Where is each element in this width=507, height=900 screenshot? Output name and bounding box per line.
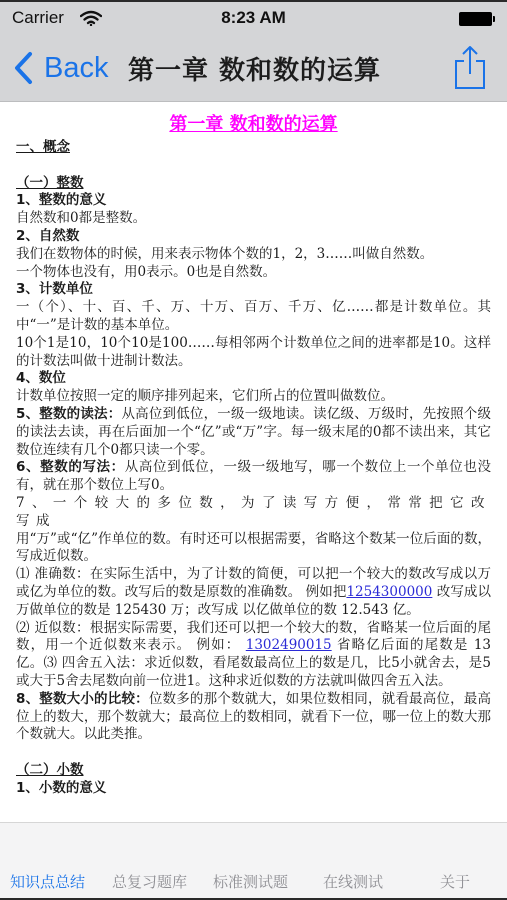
tab-knowledge-summary[interactable]: 知识点总结 bbox=[10, 871, 85, 892]
document-content[interactable]: 第一章 数和数的运算 一、概念 （一）整数 1、整数的意义 自然数和0都是整数。… bbox=[0, 103, 507, 822]
document-title: 第一章 数和数的运算 bbox=[16, 113, 491, 137]
paragraph: 一（个）、十、百、千、万、十万、百万、千万、亿……都是计数单位。其中“一”是计数… bbox=[16, 299, 491, 335]
blank-line bbox=[16, 744, 491, 762]
subsection-heading: （二）小数 bbox=[16, 762, 491, 780]
status-bar: Carrier 8:23 AM bbox=[0, 2, 507, 34]
paragraph: 自然数和0都是整数。 bbox=[16, 210, 491, 228]
share-icon[interactable] bbox=[453, 44, 487, 90]
number-link[interactable]: 1302490015 bbox=[246, 637, 332, 653]
tab-review-question-bank[interactable]: 总复习题库 bbox=[112, 871, 187, 892]
item-label: 8、整数大小的比较： bbox=[16, 691, 149, 707]
battery-full-icon bbox=[459, 12, 495, 26]
paragraph: 8、整数大小的比较：位数多的那个数就大，如果位数相同，就看最高位，最高位上的数大… bbox=[16, 691, 491, 744]
paragraph: 5、整数的读法：从高位到低位，一级一级地读。读亿级、万级时，先按照个级的读法去读… bbox=[16, 406, 491, 459]
navigation-bar: Back 第一章 数和数的运算 bbox=[0, 34, 507, 102]
chevron-left-icon bbox=[12, 51, 34, 85]
tab-standard-tests[interactable]: 标准测试题 bbox=[213, 871, 288, 892]
tab-online-test[interactable]: 在线测试 bbox=[323, 871, 383, 892]
paragraph: 一个物体也没有，用0表示。0也是自然数。 bbox=[16, 264, 491, 282]
paragraph: 用“万”或“亿”作单位的数。有时还可以根据需要，省略这个数某一位后面的数，写成近… bbox=[16, 531, 491, 567]
tab-about[interactable]: 关于 bbox=[440, 871, 470, 892]
clock: 8:23 AM bbox=[0, 8, 507, 28]
subsection-heading: （一）整数 bbox=[16, 175, 491, 193]
paragraph: ⑵ 近似数：根据实际需要，我们还可以把一个较大的数，省略某一位后面的尾数，用一个… bbox=[16, 620, 491, 691]
section-heading: 一、概念 bbox=[16, 139, 491, 157]
page-title: 第一章 数和数的运算 bbox=[128, 50, 381, 87]
item-heading: 1、整数的意义 bbox=[16, 192, 491, 210]
number-link[interactable]: 1254300000 bbox=[346, 584, 432, 600]
paragraph: 计数单位按照一定的顺序排列起来，它们所占的位置叫做数位。 bbox=[16, 388, 491, 406]
back-label: Back bbox=[44, 52, 108, 85]
blank-line bbox=[16, 157, 491, 175]
item-label: 6、整数的写法： bbox=[16, 459, 125, 475]
paragraph: 6、整数的写法：从高位到低位，一级一级地写，哪一个数位上一个单位也没有，就在那个… bbox=[16, 459, 491, 495]
paragraph: 10个1是10，10个10是100……每相邻两个计数单位之间的进率都是10。这样… bbox=[16, 335, 491, 371]
item-heading: 2、自然数 bbox=[16, 228, 491, 246]
item-heading: 1、小数的意义 bbox=[16, 780, 491, 798]
item-heading: 4、数位 bbox=[16, 370, 491, 388]
paragraph-spaced: 7、一个较大的多位数，为了读写方便，常常把它改写成 bbox=[16, 495, 491, 531]
item-heading: 3、计数单位 bbox=[16, 281, 491, 299]
tab-bar: 知识点总结 总复习题库 标准测试题 在线测试 关于 bbox=[0, 822, 507, 898]
paragraph: 我们在数物体的时候，用来表示物体个数的1，2，3……叫做自然数。 bbox=[16, 246, 491, 264]
back-button[interactable]: Back bbox=[12, 48, 108, 88]
paragraph: ⑴ 准确数：在实际生活中，为了计数的简便，可以把一个较大的数改写成以万或亿为单位… bbox=[16, 566, 491, 619]
item-label: 5、整数的读法： bbox=[16, 406, 121, 422]
